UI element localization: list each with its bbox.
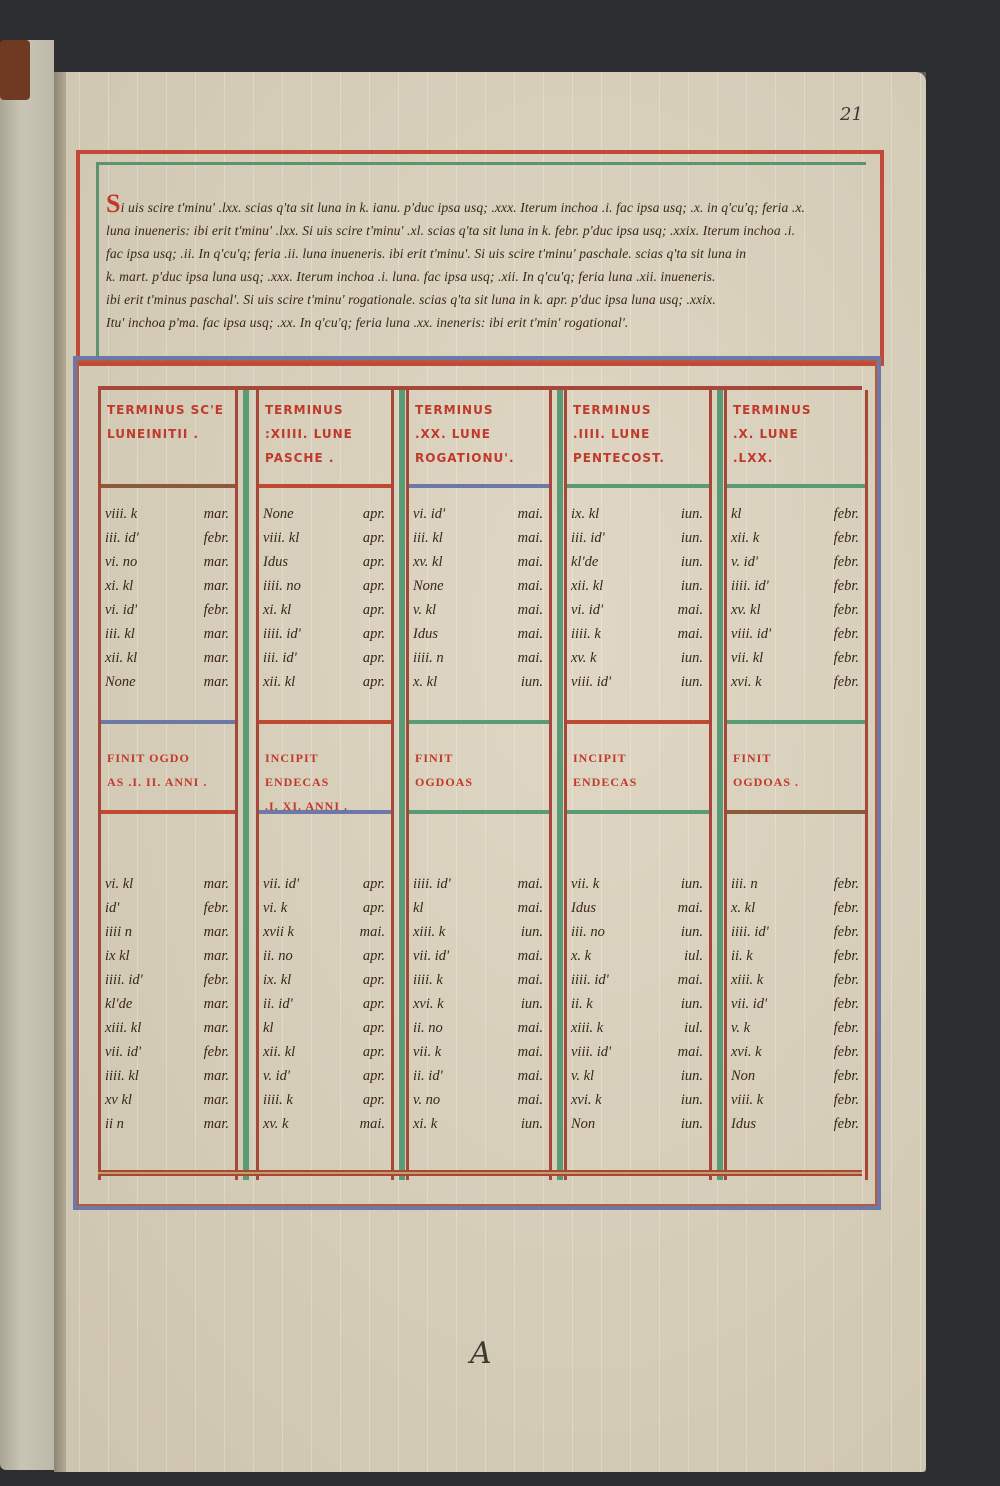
date-day: kl'de	[571, 550, 651, 574]
date-month: mai.	[518, 598, 543, 622]
date-list-bottom: vii. kiun.Idusmai.iii. noiun.x. kiul.iii…	[571, 872, 703, 1136]
date-day: xv. k	[571, 646, 651, 670]
date-month: febr.	[204, 1040, 229, 1064]
date-day: viii. k	[731, 1088, 811, 1112]
date-month: mai.	[518, 896, 543, 920]
date-month: febr.	[834, 1040, 859, 1064]
table-row: iiii. klmar.	[105, 1064, 229, 1088]
date-month: iun.	[681, 992, 703, 1016]
date-month: mai.	[678, 968, 703, 992]
date-month: apr.	[363, 550, 385, 574]
date-month: mar.	[204, 1088, 229, 1112]
date-month: mai.	[678, 598, 703, 622]
section-label-line: Finit	[733, 746, 859, 770]
date-day: v. kl	[571, 1064, 651, 1088]
date-day: vii. id'	[263, 872, 343, 896]
date-day: Idus	[413, 622, 493, 646]
table-row: xvi. kiun.	[413, 992, 543, 1016]
date-day: viii. id'	[571, 670, 651, 694]
date-month: mai.	[360, 1112, 385, 1136]
table-row: vii. id'febr.	[731, 992, 859, 1016]
date-day: xi. kl	[263, 598, 343, 622]
date-month: iun.	[681, 670, 703, 694]
table-row: iiii. id'febr.	[731, 920, 859, 944]
date-day: Non	[571, 1112, 651, 1136]
section-label-line: .i. xi. anni .	[265, 794, 385, 818]
date-day: ii. id'	[263, 992, 343, 1016]
date-day: xiii. k	[571, 1016, 651, 1040]
table-row: xi. kiun.	[413, 1112, 543, 1136]
section-label-line: Finit ogdo	[107, 746, 229, 770]
section-label-line: as .i. ii. anni .	[107, 770, 229, 794]
date-month: febr.	[834, 968, 859, 992]
table-row: xv. kiun.	[571, 646, 703, 670]
date-day: iii. id'	[105, 526, 185, 550]
date-month: apr.	[363, 968, 385, 992]
date-day: None	[413, 574, 493, 598]
section-rule	[259, 810, 391, 814]
facing-page	[0, 40, 54, 1470]
date-month: febr.	[834, 1088, 859, 1112]
date-month: febr.	[834, 670, 859, 694]
table-row: Idusmai.	[413, 622, 543, 646]
date-day: xiii. k	[413, 920, 493, 944]
table-row: xv. klfebr.	[731, 598, 859, 622]
table-row: xiii. kiul.	[571, 1016, 703, 1040]
date-day: iiii. id'	[413, 872, 493, 896]
column-header: Terminus sc'eluneinitii .	[107, 398, 229, 446]
header-line: luneinitii .	[107, 422, 229, 446]
green-column-rule	[717, 390, 723, 1180]
table-row: vii. kiun.	[571, 872, 703, 896]
date-day: vi. id'	[413, 502, 493, 526]
table-row: iiii. id'mai.	[571, 968, 703, 992]
date-day: xv. k	[263, 1112, 343, 1136]
table-row: iiii. kapr.	[263, 1088, 385, 1112]
date-month: apr.	[363, 1016, 385, 1040]
date-month: iun.	[681, 550, 703, 574]
date-day: ix. kl	[263, 968, 343, 992]
table-row: viii. id'febr.	[731, 622, 859, 646]
date-day: vii. id'	[105, 1040, 185, 1064]
table-row: iii. id'apr.	[263, 646, 385, 670]
date-month: mai.	[678, 622, 703, 646]
date-month: mar.	[204, 670, 229, 694]
date-month: mar.	[204, 944, 229, 968]
table-row: Idusfebr.	[731, 1112, 859, 1136]
section-rule	[567, 810, 709, 814]
header-line: rogationu'.	[415, 446, 543, 470]
column-header: Terminus.iiii. lunepentecost.	[573, 398, 703, 470]
table-row: xii. klapr.	[263, 1040, 385, 1064]
date-day: iii. kl	[413, 526, 493, 550]
column-header: Terminus:xiiii. lunepasche .	[265, 398, 385, 470]
table-row: vii. id'febr.	[105, 1040, 229, 1064]
date-day: xii. kl	[263, 670, 343, 694]
green-column-rule	[243, 390, 249, 1180]
date-month: mai.	[518, 968, 543, 992]
date-month: mar.	[204, 1064, 229, 1088]
table-row: xii. klmar.	[105, 646, 229, 670]
section-rule	[727, 720, 865, 724]
date-day: iii. n	[731, 872, 811, 896]
table-row: iiii nmar.	[105, 920, 229, 944]
header-line: :xiiii. lune	[265, 422, 385, 446]
date-month: febr.	[834, 526, 859, 550]
table-row: viii. klapr.	[263, 526, 385, 550]
header-line: Terminus	[733, 398, 859, 422]
column-header: Terminus.xx. lunerogationu'.	[415, 398, 543, 470]
date-day: ii. k	[731, 944, 811, 968]
date-day: x. kl	[731, 896, 811, 920]
date-day: v. id'	[731, 550, 811, 574]
table-row: klmai.	[413, 896, 543, 920]
date-day: xvi. k	[413, 992, 493, 1016]
date-month: apr.	[363, 872, 385, 896]
date-day: Idus	[263, 550, 343, 574]
table-row: Noniun.	[571, 1112, 703, 1136]
date-day: xi. kl	[105, 574, 185, 598]
section-label-line: ogdoas .	[733, 770, 859, 794]
date-day: iiii. id'	[571, 968, 651, 992]
table-row: xv. kmai.	[263, 1112, 385, 1136]
table-row: v. kfebr.	[731, 1016, 859, 1040]
section-rule	[259, 720, 391, 724]
table-row: v. id'apr.	[263, 1064, 385, 1088]
date-day: v. no	[413, 1088, 493, 1112]
header-line: pentecost.	[573, 446, 703, 470]
date-month: mai.	[678, 1040, 703, 1064]
date-month: iul.	[684, 1016, 703, 1040]
table-row: vii. id'mai.	[413, 944, 543, 968]
date-month: apr.	[363, 896, 385, 920]
date-month: apr.	[363, 502, 385, 526]
date-month: mai.	[518, 502, 543, 526]
date-day: ii. k	[571, 992, 651, 1016]
date-day: iiii. k	[571, 622, 651, 646]
signature-mark: A	[470, 1336, 492, 1371]
table-row: iii. nfebr.	[731, 872, 859, 896]
table-row: ii. id'mai.	[413, 1064, 543, 1088]
table-row: viii. kfebr.	[731, 1088, 859, 1112]
date-month: febr.	[204, 598, 229, 622]
table-row: iiii. kmai.	[413, 968, 543, 992]
date-month: apr.	[363, 574, 385, 598]
date-month: apr.	[363, 944, 385, 968]
table-column: Terminus:xiiii. lunepasche .Noneapr.viii…	[256, 390, 394, 1180]
date-month: mar.	[204, 872, 229, 896]
date-month: iun.	[681, 1064, 703, 1088]
date-day: xiii. k	[731, 968, 811, 992]
date-day: vii. id'	[413, 944, 493, 968]
date-day: iii. no	[571, 920, 651, 944]
table-row: vi. id'mai.	[413, 502, 543, 526]
date-month: febr.	[834, 920, 859, 944]
date-day: iiii. k	[263, 1088, 343, 1112]
date-day: xii. kl	[571, 574, 651, 598]
date-month: mar.	[204, 502, 229, 526]
table-row: xvi. kiun.	[571, 1088, 703, 1112]
table-row: vii. id'apr.	[263, 872, 385, 896]
date-day: kl	[731, 502, 811, 526]
table-row: iiii. kmai.	[571, 622, 703, 646]
table-row: xiii. klmar.	[105, 1016, 229, 1040]
table-row: xii. kfebr.	[731, 526, 859, 550]
date-month: apr.	[363, 598, 385, 622]
table-row: Idusmai.	[571, 896, 703, 920]
date-day: iiii n	[105, 920, 185, 944]
date-month: apr.	[363, 670, 385, 694]
date-month: febr.	[834, 1016, 859, 1040]
date-month: mai.	[518, 550, 543, 574]
date-day: iiii. k	[413, 968, 493, 992]
date-day: None	[105, 670, 185, 694]
text-line: ibi erit t'minus paschal'. Si uis scire …	[106, 292, 716, 307]
text-block-frame: Si uis scire t'minu' .lxx. scias q'ta si…	[76, 150, 884, 366]
section-label: Finitogdoas	[415, 746, 543, 794]
date-day: kl	[413, 896, 493, 920]
date-day: iii. id'	[263, 646, 343, 670]
date-month: mar.	[204, 1112, 229, 1136]
table-row: xiii. kfebr.	[731, 968, 859, 992]
date-list-bottom: iii. nfebr.x. klfebr.iiii. id'febr.ii. k…	[731, 872, 859, 1136]
date-month: iun.	[681, 1088, 703, 1112]
section-rule	[101, 720, 235, 724]
header-line: .xx. lune	[415, 422, 543, 446]
table-row: xiii. kiun.	[413, 920, 543, 944]
date-month: mai.	[518, 526, 543, 550]
date-month: febr.	[834, 872, 859, 896]
date-day: ii. no	[413, 1016, 493, 1040]
date-day: Non	[731, 1064, 811, 1088]
date-day: xvi. k	[571, 1088, 651, 1112]
date-month: febr.	[204, 526, 229, 550]
date-list-bottom: vi. klmar.id'febr.iiii nmar.ix klmar.iii…	[105, 872, 229, 1136]
date-day: ii. no	[263, 944, 343, 968]
table-row: iiii. noapr.	[263, 574, 385, 598]
table-row: x. kiul.	[571, 944, 703, 968]
date-day: Idus	[731, 1112, 811, 1136]
date-month: mar.	[204, 992, 229, 1016]
date-day: iiii. n	[413, 646, 493, 670]
table-row: xi. klapr.	[263, 598, 385, 622]
table-row: iiii. nmai.	[413, 646, 543, 670]
date-month: mai.	[518, 646, 543, 670]
date-month: apr.	[363, 526, 385, 550]
date-month: iun.	[521, 670, 543, 694]
table-row: Idusapr.	[263, 550, 385, 574]
date-month: apr.	[363, 622, 385, 646]
date-day: Idus	[571, 896, 651, 920]
table-row: viii. id'mai.	[571, 1040, 703, 1064]
date-month: iun.	[521, 920, 543, 944]
section-label-line: ogdoas	[415, 770, 543, 794]
table-row: vi. id'febr.	[105, 598, 229, 622]
date-day: xii. kl	[263, 1040, 343, 1064]
date-day: vii. kl	[731, 646, 811, 670]
date-day: v. k	[731, 1016, 811, 1040]
table-row: xv klmar.	[105, 1088, 229, 1112]
date-month: mai.	[518, 1016, 543, 1040]
header-line: Terminus	[573, 398, 703, 422]
table-row: v. id'febr.	[731, 550, 859, 574]
table-row: iiii. id'apr.	[263, 622, 385, 646]
section-label-line: Finit	[415, 746, 543, 770]
table-row: id'febr.	[105, 896, 229, 920]
table-row: ix. kliun.	[571, 502, 703, 526]
table-row: kl'deiun.	[571, 550, 703, 574]
table-column: Terminus sc'eluneinitii .viii. kmar.iii.…	[98, 390, 238, 1180]
date-month: mar.	[204, 646, 229, 670]
date-month: mai.	[518, 1064, 543, 1088]
date-day: kl	[263, 1016, 343, 1040]
date-day: viii. id'	[571, 1040, 651, 1064]
date-list-bottom: iiii. id'mai.klmai.xiii. kiun.vii. id'ma…	[413, 872, 543, 1136]
date-month: mai.	[518, 872, 543, 896]
date-day: kl'de	[105, 992, 185, 1016]
table-row: viii. kmar.	[105, 502, 229, 526]
table-row: xv. klmai.	[413, 550, 543, 574]
green-column-rule	[399, 390, 405, 1180]
date-day: xvi. k	[731, 670, 811, 694]
table-row: iii. klmar.	[105, 622, 229, 646]
date-day: iiii. id'	[105, 968, 185, 992]
date-day: vii. k	[413, 1040, 493, 1064]
date-month: apr.	[363, 1088, 385, 1112]
date-day: viii. id'	[731, 622, 811, 646]
date-day: v. kl	[413, 598, 493, 622]
table-row: Nonemai.	[413, 574, 543, 598]
date-month: apr.	[363, 1040, 385, 1064]
table-column: Terminus.xx. lunerogationu'.vi. id'mai.i…	[406, 390, 552, 1180]
date-month: mai.	[518, 1088, 543, 1112]
date-list-bottom: vii. id'apr.vi. kapr.xvii kmai.ii. noapr…	[263, 872, 385, 1136]
header-rule	[409, 484, 549, 488]
header-rule	[259, 484, 391, 488]
date-day: iiii. id'	[731, 920, 811, 944]
date-day: vi. id'	[105, 598, 185, 622]
date-day: viii. kl	[263, 526, 343, 550]
table-row: Nonemar.	[105, 670, 229, 694]
text-line: fac ipsa usq; .ii. In q'cu'q; feria .ii.…	[106, 246, 746, 261]
date-day: None	[263, 502, 343, 526]
section-rule	[567, 720, 709, 724]
date-month: mar.	[204, 574, 229, 598]
date-month: febr.	[204, 968, 229, 992]
table-row: iii. klmai.	[413, 526, 543, 550]
table-row: vi. klmar.	[105, 872, 229, 896]
table-row: ii. kiun.	[571, 992, 703, 1016]
date-day: vi. no	[105, 550, 185, 574]
text-line: Itu' inchoa p'ma. fac ipsa usq; .xx. In …	[106, 315, 628, 330]
date-day: vi. kl	[105, 872, 185, 896]
date-month: apr.	[363, 1064, 385, 1088]
table-row: xvi. kfebr.	[731, 670, 859, 694]
date-month: iun.	[681, 646, 703, 670]
section-rule	[101, 810, 235, 814]
date-month: iul.	[684, 944, 703, 968]
section-label-line: Incipit	[573, 746, 703, 770]
date-day: xvii k	[263, 920, 343, 944]
date-month: febr.	[834, 622, 859, 646]
date-day: ix. kl	[571, 502, 651, 526]
date-day: vii. id'	[731, 992, 811, 1016]
table-row: ix klmar.	[105, 944, 229, 968]
table-row: x. klfebr.	[731, 896, 859, 920]
table-row: vi. nomar.	[105, 550, 229, 574]
section-label: Finit ogdoas .i. ii. anni .	[107, 746, 229, 794]
header-line: Terminus	[265, 398, 385, 422]
table-row: xi. klmar.	[105, 574, 229, 598]
table-row: v. klmai.	[413, 598, 543, 622]
section-label: Finitogdoas .	[733, 746, 859, 794]
table-row: Nonfebr.	[731, 1064, 859, 1088]
table-row: v. kliun.	[571, 1064, 703, 1088]
date-month: iun.	[681, 574, 703, 598]
date-month: mar.	[204, 1016, 229, 1040]
date-month: mai.	[678, 896, 703, 920]
table-row: Noneapr.	[263, 502, 385, 526]
date-month: febr.	[834, 598, 859, 622]
section-rule	[409, 720, 549, 724]
header-rule	[727, 484, 865, 488]
table-row: klfebr.	[731, 502, 859, 526]
date-month: febr.	[834, 992, 859, 1016]
date-month: febr.	[204, 896, 229, 920]
date-day: ii n	[105, 1112, 185, 1136]
date-day: iiii. id'	[731, 574, 811, 598]
date-list-top: vi. id'mai.iii. klmai.xv. klmai.Nonemai.…	[413, 502, 543, 694]
table-row: xii. kliun.	[571, 574, 703, 598]
table-row: x. kliun.	[413, 670, 543, 694]
date-month: mar.	[204, 920, 229, 944]
date-day: iiii. id'	[263, 622, 343, 646]
binding-edge	[0, 40, 30, 100]
table-row: iiii. id'mai.	[413, 872, 543, 896]
computus-table: Terminus sc'eluneinitii .viii. kmar.iii.…	[98, 390, 862, 1180]
date-list-top: klfebr.xii. kfebr.v. id'febr.iiii. id'fe…	[731, 502, 859, 694]
date-day: xiii. kl	[105, 1016, 185, 1040]
section-rule	[727, 810, 865, 814]
header-rule	[567, 484, 709, 488]
date-day: v. id'	[263, 1064, 343, 1088]
date-day: xv. kl	[731, 598, 811, 622]
date-day: ix kl	[105, 944, 185, 968]
date-month: mar.	[204, 550, 229, 574]
table-column: Terminus.x. lune.lxx.klfebr.xii. kfebr.v…	[724, 390, 868, 1180]
date-day: xvi. k	[731, 1040, 811, 1064]
table-row: kl'demar.	[105, 992, 229, 1016]
date-month: febr.	[834, 1112, 859, 1136]
date-day: xi. k	[413, 1112, 493, 1136]
text-line: k. mart. p'duc ipsa luna usq; .xxx. Iter…	[106, 269, 716, 284]
date-month: mai.	[360, 920, 385, 944]
header-line: .x. lune	[733, 422, 859, 446]
date-list-top: viii. kmar.iii. id'febr.vi. nomar.xi. kl…	[105, 502, 229, 694]
table-row: iiii. id'febr.	[731, 574, 859, 598]
date-month: febr.	[834, 574, 859, 598]
date-month: mar.	[204, 622, 229, 646]
date-day: xv. kl	[413, 550, 493, 574]
table-row: vii. kmai.	[413, 1040, 543, 1064]
date-month: mai.	[518, 622, 543, 646]
table-bottom-rule	[98, 1170, 862, 1176]
date-month: febr.	[834, 944, 859, 968]
table-row: iii. noiun.	[571, 920, 703, 944]
date-day: xii. kl	[105, 646, 185, 670]
section-rule	[409, 810, 549, 814]
date-month: iun.	[521, 992, 543, 1016]
